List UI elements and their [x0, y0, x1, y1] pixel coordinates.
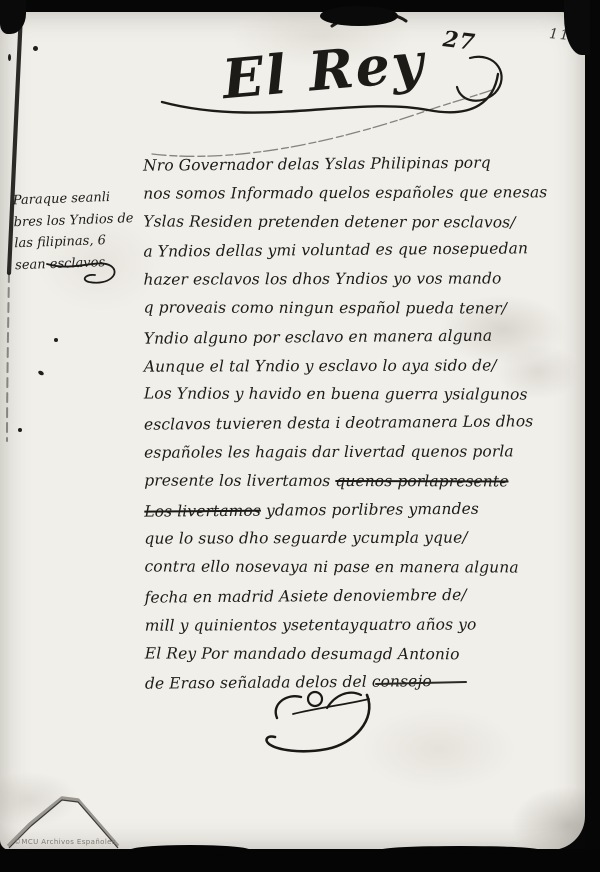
decree-text: q proveais como ningun español pueda ten…	[144, 298, 507, 317]
decree-text: Los Yndios y havido en buena guerra ysia…	[144, 385, 528, 404]
decree-text: ydamos porlibres ymandes	[261, 499, 479, 519]
decree-text: Yslas Residen pretenden detener por escl…	[143, 212, 515, 231]
decree-line: españoles les hagais dar livertad quenos…	[144, 437, 529, 467]
decree-text: presente los livertamos	[144, 471, 335, 490]
struck-text: quenos porlapresente	[335, 472, 508, 490]
margin-note-flourish	[15, 250, 145, 295]
decree-line: Nro Governador delas Yslas Philipinas po…	[143, 148, 528, 180]
decree-line: presente los livertamos quenos porlapres…	[144, 466, 529, 496]
ink-speck	[54, 338, 58, 342]
decree-body-text: Nro Governador delas Yslas Philipinas po…	[143, 149, 530, 697]
decree-line: El Rey Por mandado desumagd Antonio	[145, 639, 530, 669]
decree-text: a Yndios dellas ymi voluntad es que nose…	[143, 240, 528, 261]
decree-text: españoles les hagais dar livertad quenos…	[144, 442, 514, 461]
ink-speck	[8, 54, 11, 61]
decree-line: que lo suso dho seguarde ycumpla yque/	[144, 524, 529, 554]
decree-text: El Rey Por mandado desumagd Antonio	[145, 644, 460, 663]
decree-text: hazer esclavos los dhos Yndios yo vos ma…	[143, 270, 501, 289]
heading-right-loop	[457, 57, 502, 101]
scanned-manuscript-page: El Rey 27 11 Paraque seanlibres los Yndi…	[0, 0, 600, 872]
decree-line: Yslas Residen pretenden detener por escl…	[143, 207, 528, 237]
decree-line: fecha en madrid Asiete denoviembre de/	[144, 580, 529, 612]
struck-text: Los livertamos	[144, 501, 261, 520]
rubric-signature	[255, 686, 415, 771]
archive-watermark-label: ©MCU Archivos Españoles	[14, 838, 116, 846]
decree-text: nos somos Informado quelos españoles que…	[143, 183, 547, 202]
ink-speck	[18, 428, 22, 432]
decree-line: mill y quinientos ysetentayquatro años y…	[145, 610, 530, 640]
scan-border-right	[585, 0, 600, 872]
decree-line: hazer esclavos los dhos Yndios yo vos ma…	[143, 265, 528, 295]
decree-text: Aunque el tal Yndio y esclavo lo aya sid…	[144, 356, 497, 375]
decree-line: Los Yndios y havido en buena guerra ysia…	[144, 380, 529, 410]
folio-number: 27	[442, 26, 478, 56]
decree-line: contra ello nosevaya ni pase en manera a…	[144, 553, 529, 583]
decree-line: a Yndios dellas ymi voluntad es que nose…	[143, 235, 528, 267]
decree-line: Los livertamos ydamos porlibres ymandes	[144, 494, 529, 526]
scan-border-bottom	[0, 849, 600, 872]
decree-text: fecha en madrid Asiete denoviembre de/	[145, 586, 467, 607]
heading-text: El Rey	[218, 30, 429, 112]
decree-line: Yndio alguno por esclavo en manera algun…	[144, 321, 529, 353]
decree-text: esclavos tuvieren desta i deotramanera L…	[144, 412, 533, 433]
decree-line: Aunque el tal Yndio y esclavo lo aya sid…	[144, 351, 529, 381]
el-rey-heading: El Rey	[140, 8, 540, 158]
decree-text: mill y quinientos ysetentayquatro años y…	[145, 615, 477, 634]
decree-line: nos somos Informado quelos españoles que…	[143, 178, 528, 208]
decree-text: que lo suso dho seguarde ycumpla yque/	[144, 529, 467, 548]
margin-note-line: bres los Yndios de	[13, 207, 146, 233]
ink-speck	[33, 46, 38, 51]
decree-line: esclavos tuvieren desta i deotramanera L…	[144, 407, 529, 439]
decree-text: Nro Governador delas Yslas Philipinas po…	[143, 154, 491, 175]
scan-border-top	[0, 0, 600, 12]
decree-text: contra ello nosevaya ni pase en manera a…	[144, 558, 518, 577]
decree-line: q proveais como ningun español pueda ten…	[144, 293, 529, 323]
decree-text: Yndio alguno por esclavo en manera algun…	[144, 326, 493, 347]
